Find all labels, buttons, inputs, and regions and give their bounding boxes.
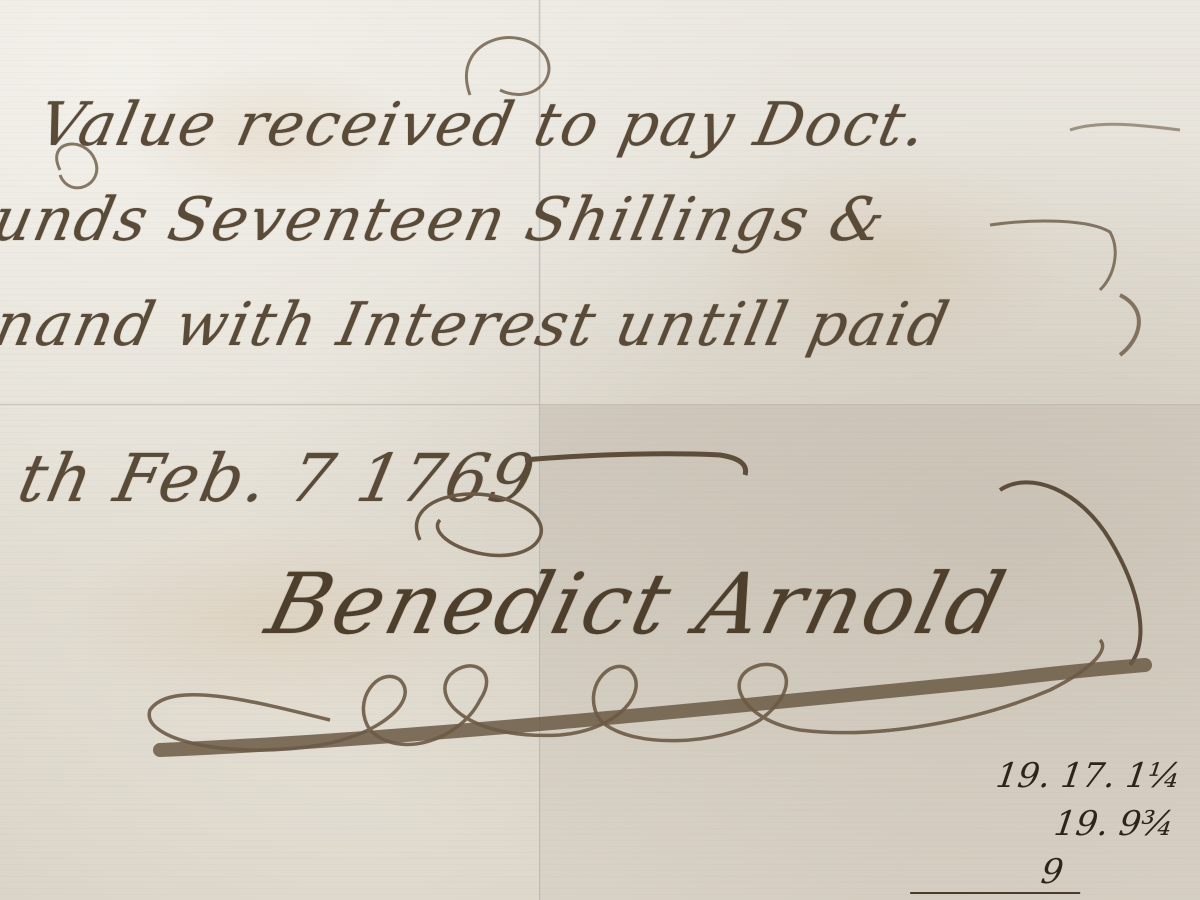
sum-calculation: 19. 17. 1¼ 19. 9¾ 9 <box>900 752 1190 894</box>
date-line: th Feb. 7 1769 <box>12 440 543 517</box>
text-line-3: nand with Interest untill paid <box>0 290 956 360</box>
text-line-2: unds Seventeen Shillings & <box>0 185 893 255</box>
sum-row-2: 19. 9¾ <box>906 800 1183 848</box>
sum-row-3: 9 <box>900 848 1177 896</box>
text-line-1: Value received to pay Doct. <box>33 90 935 160</box>
horizontal-fold-line <box>0 403 1200 406</box>
signature: Benedict Arnold <box>258 555 1017 653</box>
sum-row-1: 19. 17. 1¼ <box>913 752 1190 800</box>
